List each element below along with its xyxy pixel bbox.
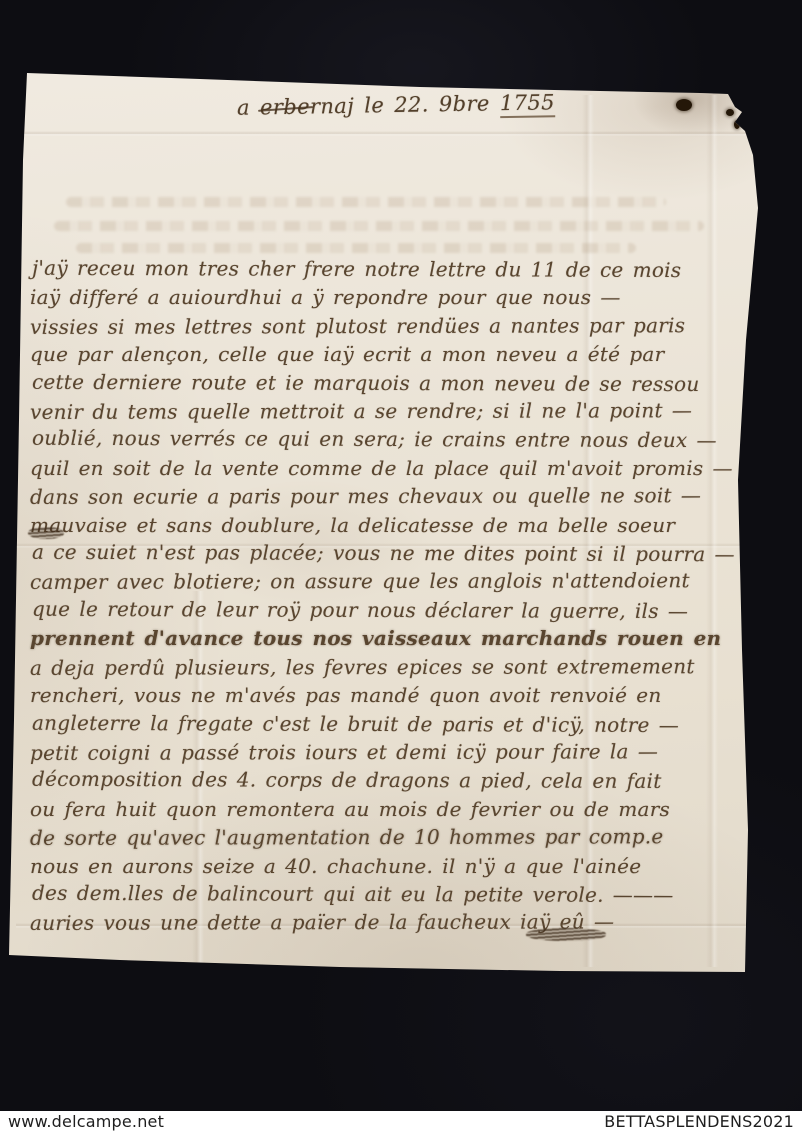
letter-dateline: a erbernaj le 22. 9bre 1755 <box>237 90 555 120</box>
ink-blot <box>734 120 740 129</box>
letter-body: j'aÿ receu mon tres cher frere notre let… <box>30 255 744 937</box>
letter-line: camper avec blotiere; on assure que les … <box>30 567 744 597</box>
letter-line: vissies si mes lettres sont plutost rend… <box>30 311 744 341</box>
letter-line: a ce suiet n'est pas placée; vous ne me … <box>32 538 746 569</box>
letter-line: prennent d'avance tous nos vaisseaux mar… <box>30 624 744 652</box>
bleed-through-line <box>66 197 666 207</box>
letter-line: dans son ecurie a paris pour mes chevaux… <box>30 481 744 511</box>
watermark-bar: www.delcampe.net BETTASPLENDENS2021 <box>0 1111 802 1132</box>
scratched-out-word <box>526 928 606 941</box>
letter-paper: a erbernaj le 22. 9bre 1755 j'aÿ receu m… <box>6 71 762 977</box>
letter-line: oublié, nous verrés ce qui en sera; ie c… <box>32 424 746 455</box>
dateline-place-struck: erbernaj <box>260 94 355 120</box>
letter-line: des dem.lles de balincourt qui ait eu la… <box>32 879 746 910</box>
watermark-seller-text: BETTASPLENDENS2021 <box>604 1111 794 1132</box>
watermark-site-text: www.delcampe.net <box>8 1111 164 1132</box>
letter-line: ou fera huit quon remontera au mois de f… <box>30 795 744 823</box>
letter-line: venir du tems quelle mettroit a se rendr… <box>30 396 744 426</box>
dateline-prefix: a <box>237 96 250 120</box>
letter-line: de sorte qu'avec l'augmentation de 10 ho… <box>30 822 744 852</box>
letter-line: auries vous une dette a païer de la fauc… <box>30 907 744 937</box>
ink-blot <box>726 109 734 116</box>
letter-line: décomposition des 4. corps de dragons a … <box>32 765 746 796</box>
letter-line: a deja perdû plusieurs, les fevres epice… <box>30 652 744 682</box>
fold-crease-horizontal-top <box>16 131 750 136</box>
letter-line: cette derniere route et ie marquois a mo… <box>32 367 746 398</box>
dateline-rest: le 22. 9bre <box>364 91 490 117</box>
ink-blot <box>676 99 692 111</box>
letter-line: petit coigni a passé trois iours et demi… <box>30 737 744 767</box>
letter-line: nous en aurons seize a 40. chachune. il … <box>30 852 744 880</box>
letter-line: que par alençon, celle que iaÿ ecrit a m… <box>30 340 744 368</box>
bleed-through-line <box>76 243 636 253</box>
dateline-year: 1755 <box>500 90 556 118</box>
letter-line: quil en soit de la vente comme de la pla… <box>30 454 744 482</box>
letter-line: j'aÿ receu mon tres cher frere notre let… <box>32 254 746 285</box>
bleed-through-line <box>54 221 704 231</box>
scanned-letter-photo: a erbernaj le 22. 9bre 1755 j'aÿ receu m… <box>0 0 802 1132</box>
letter-line: que le retour de leur roÿ pour nous décl… <box>32 595 746 626</box>
letter-line: angleterre la fregate c'est le bruit de … <box>32 708 746 739</box>
letter-line: iaÿ differé a auiourdhui a ÿ repondre po… <box>30 283 744 311</box>
letter-line: mauvaise et sans doublure, la delicatess… <box>30 511 744 539</box>
letter-line: rencheri, vous ne m'avés pas mandé quon … <box>30 681 744 709</box>
scratched-out-word <box>28 527 64 539</box>
